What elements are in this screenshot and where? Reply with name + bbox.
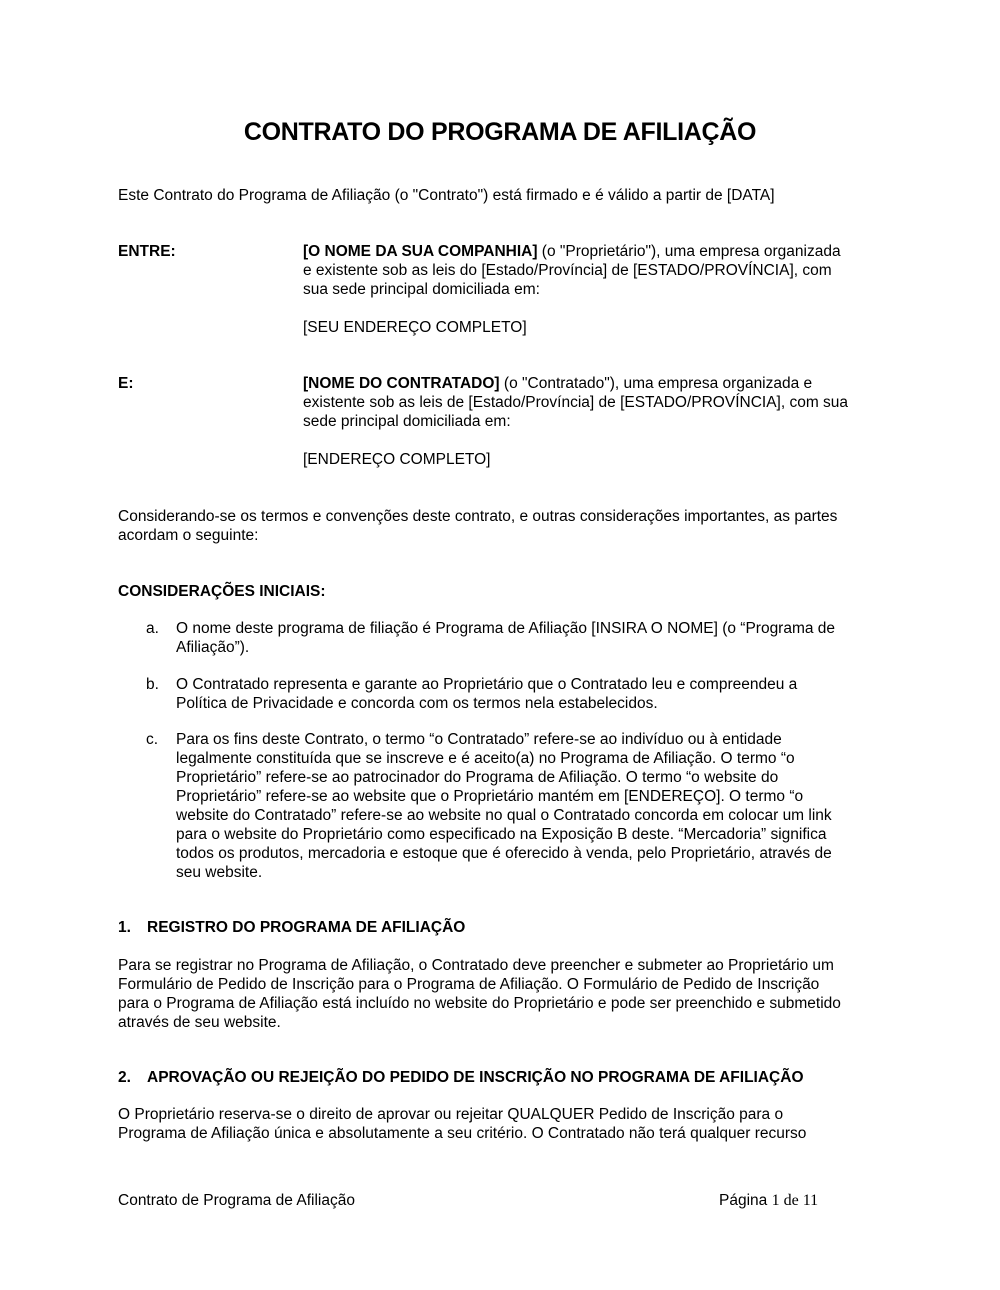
section-heading: 2.APROVAÇÃO OU REJEIÇÃO DO PEDIDO DE INS… [118, 1068, 804, 1087]
party-owner-name: [O NOME DA SUA COMPANHIA] [303, 243, 538, 260]
party-label-and: E: [118, 374, 134, 393]
list-marker: a. [146, 619, 159, 638]
intro-paragraph: Este Contrato do Programa de Afiliação (… [118, 186, 888, 205]
footer-title: Contrato de Programa de Afiliação [118, 1191, 355, 1210]
list-marker: c. [146, 730, 158, 749]
party-contractor-address: [ENDEREÇO COMPLETO] [303, 450, 888, 469]
party-contractor-name: [NOME DO CONTRATADO] [303, 375, 500, 392]
initial-considerations-heading: CONSIDERAÇÕES INICIAIS: [118, 582, 326, 601]
section-number: 1. [118, 918, 147, 937]
party-owner-address: [SEU ENDEREÇO COMPLETO] [303, 318, 888, 337]
footer-page-number: Página 1 de 11 [719, 1191, 818, 1210]
section-paragraph: Para se registrar no Programa de Afiliaç… [118, 956, 888, 1032]
party-label-between: ENTRE: [118, 242, 176, 261]
section-number: 2. [118, 1068, 147, 1087]
party-owner-description: [O NOME DA SUA COMPANHIA] (o "Proprietár… [303, 242, 888, 299]
document-title: CONTRATO DO PROGRAMA DE AFILIAÇÃO [0, 116, 1000, 148]
list-marker: b. [146, 675, 159, 694]
section-paragraph: O Proprietário reserva-se o direito de a… [118, 1105, 888, 1143]
party-contractor-description: [NOME DO CONTRATADO] (o "Contratado"), u… [303, 374, 888, 431]
section-heading: 1.REGISTRO DO PROGRAMA DE AFILIAÇÃO [118, 918, 465, 937]
considering-paragraph: Considerando-se os termos e convenções d… [118, 507, 888, 545]
